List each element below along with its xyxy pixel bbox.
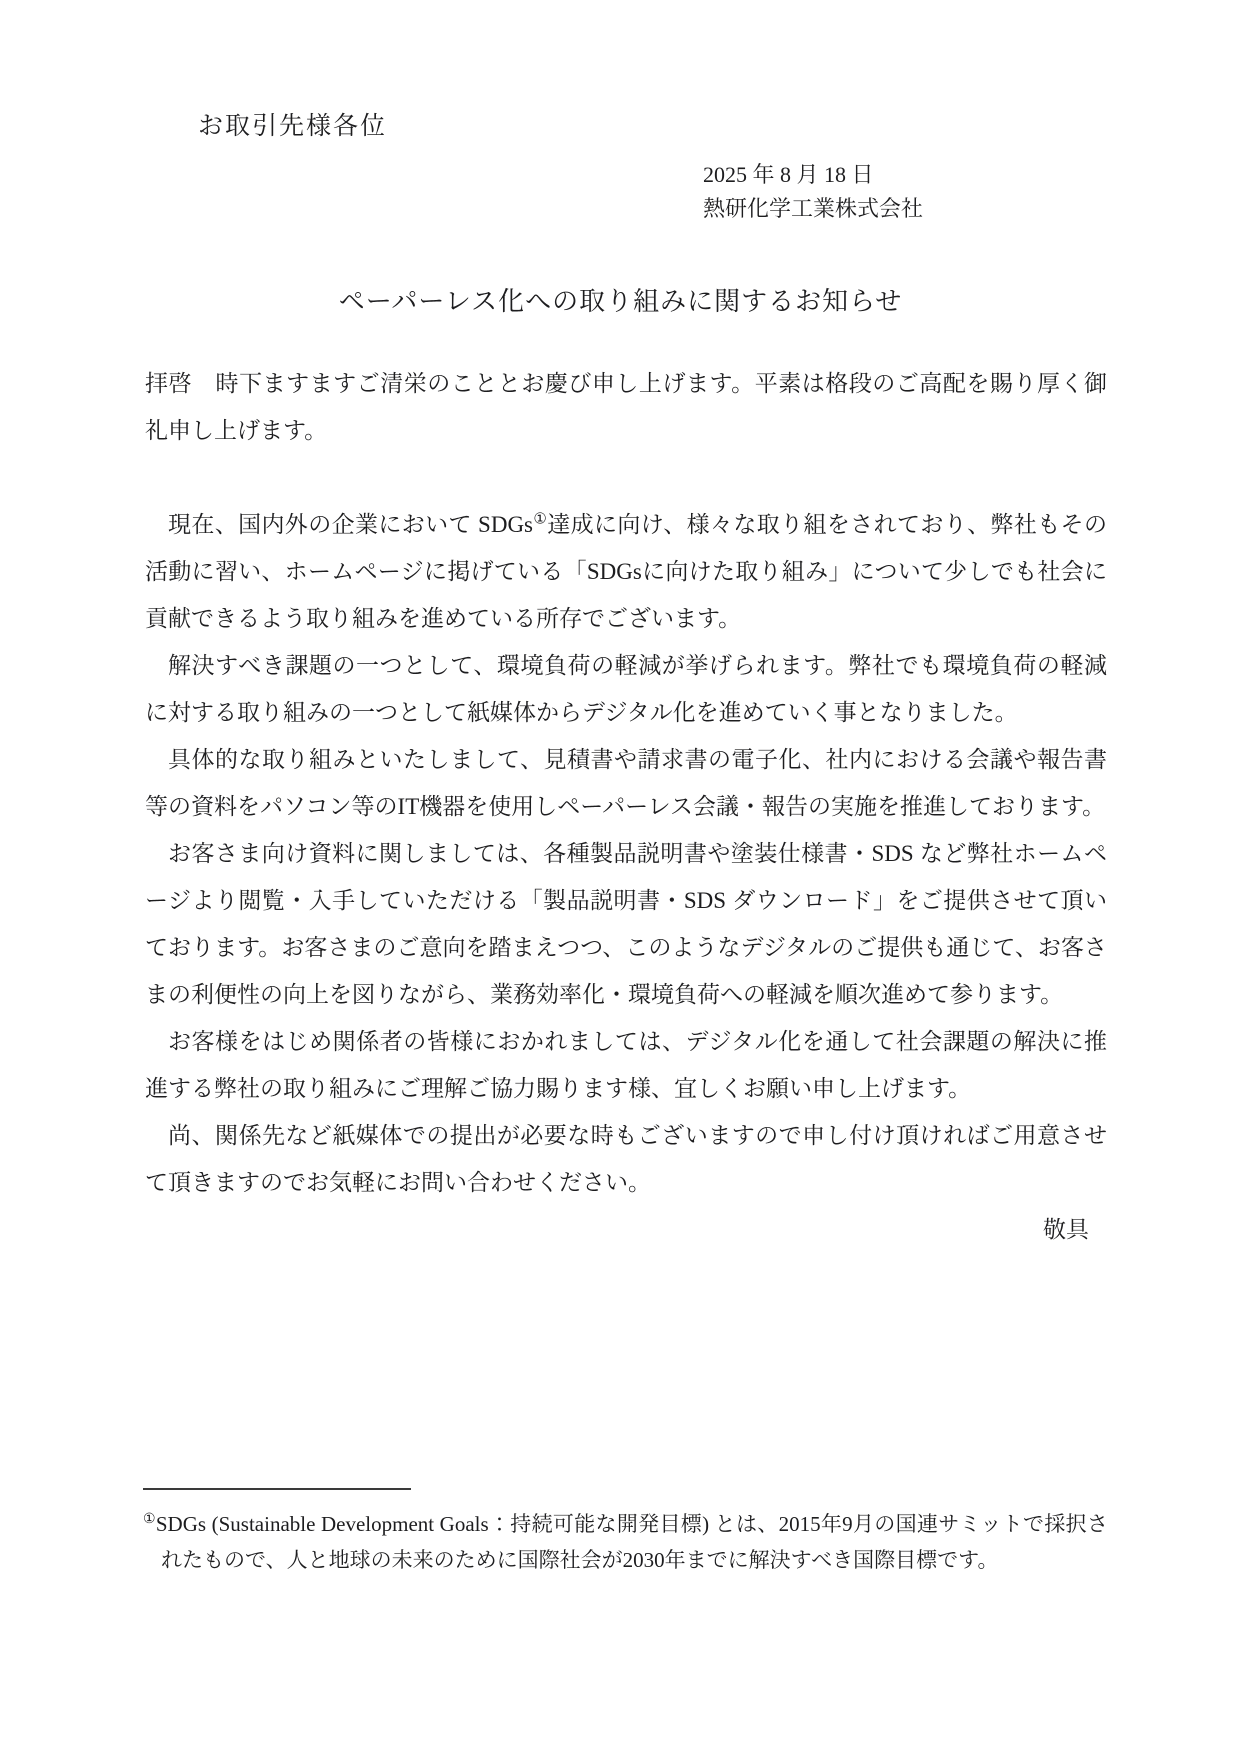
sender-block: 2025 年 8 月 18 日 熱研化学工業株式会社 [703,158,923,226]
footnote-divider [143,1488,411,1490]
footnote-section: ①SDGs (Sustainable Development Goals：持続可… [143,1488,1108,1578]
company-name: 熱研化学工業株式会社 [703,192,923,226]
paragraph-paper-available: 尚、関係先など紙媒体での提出が必要な時もございますので申し付け頂ければご用意させ… [145,1112,1107,1206]
paragraph-environment: 解決すべき課題の一つとして、環境負荷の軽減が挙げられます。弊社でも環境負荷の軽減… [145,642,1107,736]
paragraph-request-cooperation: お客様をはじめ関係者の皆様におかれましては、デジタル化を通して社会課題の解決に推… [145,1018,1107,1112]
closing-keigu: 敬具 [145,1206,1107,1253]
footnote-marker: ① [143,1512,156,1527]
paragraph-concrete-actions: 具体的な取り組みといたしまして、見積書や請求書の電子化、社内における会議や報告書… [145,736,1107,830]
paragraph-sdgs-before-sup: 現在、国内外の企業において SDGs [168,512,533,537]
paragraph-sdgs: 現在、国内外の企業において SDGs①達成に向け、様々な取り組をされており、弊社… [145,501,1107,642]
date-line: 2025 年 8 月 18 日 [703,158,923,192]
letter-title: ペーパーレス化への取り組みに関するお知らせ [0,281,1241,318]
letter-body: 拝啓 時下ますますご清栄のこととお慶び申し上げます。平素は格段のご高配を賜り厚く… [145,360,1107,1253]
paragraph-opening: 拝啓 時下ますますご清栄のこととお慶び申し上げます。平素は格段のご高配を賜り厚く… [145,360,1107,454]
recipient-line: お取引先様各位 [198,106,387,142]
footnote-body: SDGs (Sustainable Development Goals：持続可能… [156,1512,1108,1572]
footnote-reference-mark: ① [533,511,547,527]
letter-page: お取引先様各位 2025 年 8 月 18 日 熱研化学工業株式会社 ペーパーレ… [0,0,1241,1755]
footnote-text: ①SDGs (Sustainable Development Goals：持続可… [143,1506,1108,1578]
paragraph-customer-materials: お客さま向け資料に関しましては、各種製品説明書や塗装仕様書・SDS など弊社ホー… [145,830,1107,1018]
